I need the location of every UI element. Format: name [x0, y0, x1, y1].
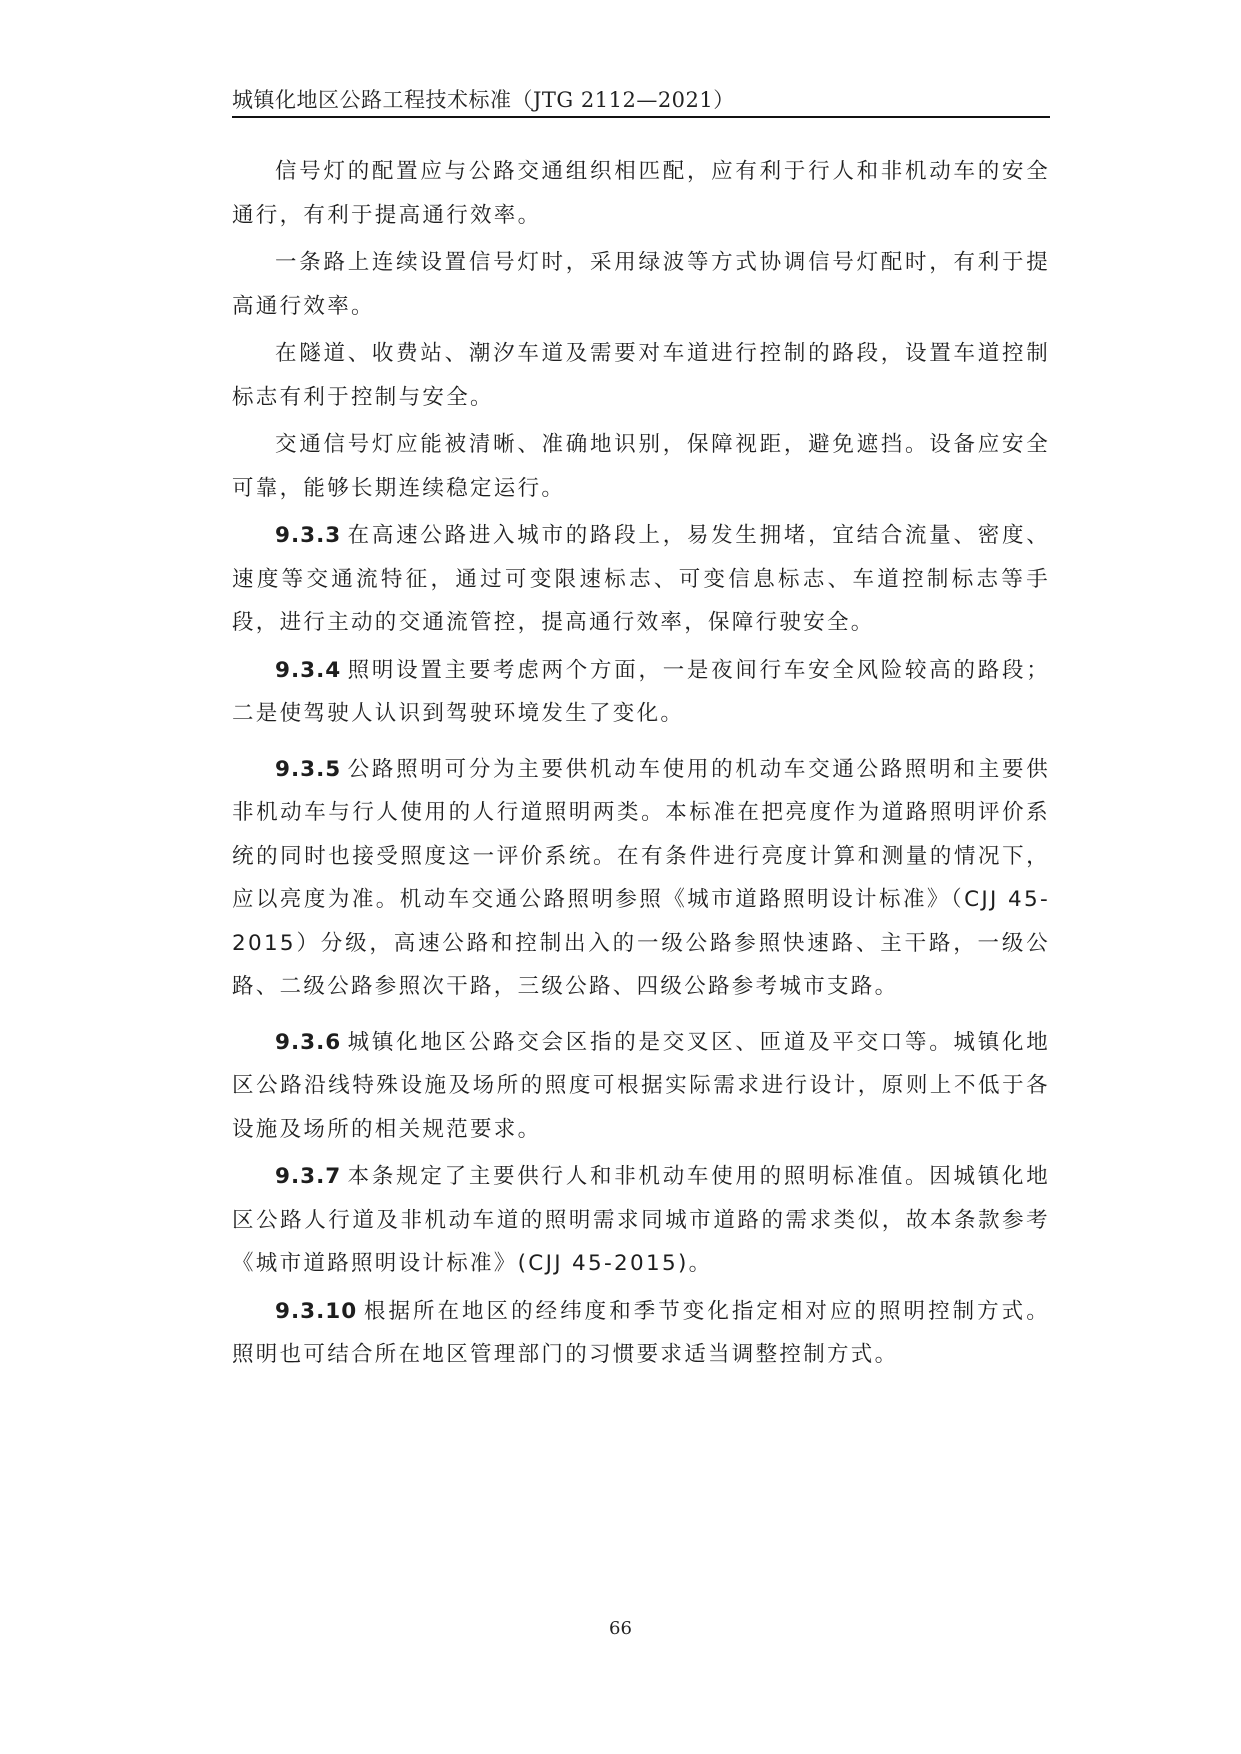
clause-number: 9.3.10	[275, 1299, 357, 1324]
clause-9-3-4: 9.3.4照明设置主要考虑两个方面，一是夜间行车安全风险较高的路段；二是使驾驶人…	[232, 649, 1050, 736]
header-divider	[232, 116, 1050, 118]
paragraph-text: 信号灯的配置应与公路交通组织相匹配，应有利于行人和非机动车的安全通行，有利于提高…	[232, 159, 1050, 228]
paragraph-text: 在隧道、收费站、潮汐车道及需要对车道进行控制的路段，设置车道控制标志有利于控制与…	[232, 341, 1050, 410]
clause-9-3-6: 9.3.6城镇化地区公路交会区指的是交叉区、匝道及平交口等。城镇化地区公路沿线特…	[232, 1021, 1050, 1152]
paragraph: 在隧道、收费站、潮汐车道及需要对车道进行控制的路段，设置车道控制标志有利于控制与…	[232, 332, 1050, 419]
document-body: 信号灯的配置应与公路交通组织相匹配，应有利于行人和非机动车的安全通行，有利于提高…	[232, 150, 1050, 1381]
clause-number: 9.3.3	[275, 523, 341, 548]
clause-9-3-10: 9.3.10根据所在地区的经纬度和季节变化指定相对应的照明控制方式。照明也可结合…	[232, 1290, 1050, 1377]
paragraph-text: 一条路上连续设置信号灯时，采用绿波等方式协调信号灯配时，有利于提高通行效率。	[232, 250, 1050, 319]
clause-9-3-5: 9.3.5公路照明可分为主要供机动车使用的机动车交通公路照明和主要供非机动车与行…	[232, 748, 1050, 1009]
paragraph-text: 公路照明可分为主要供机动车使用的机动车交通公路照明和主要供非机动车与行人使用的人…	[232, 757, 1050, 1000]
clause-number: 9.3.5	[275, 757, 341, 782]
paragraph-text: 本条规定了主要供行人和非机动车使用的照明标准值。因城镇化地区公路人行道及非机动车…	[232, 1164, 1050, 1276]
paragraph: 一条路上连续设置信号灯时，采用绿波等方式协调信号灯配时，有利于提高通行效率。	[232, 241, 1050, 328]
clause-9-3-7: 9.3.7本条规定了主要供行人和非机动车使用的照明标准值。因城镇化地区公路人行道…	[232, 1155, 1050, 1286]
clause-number: 9.3.6	[275, 1030, 341, 1055]
clause-number: 9.3.4	[275, 658, 341, 683]
paragraph-text: 在高速公路进入城市的路段上，易发生拥堵，宜结合流量、密度、速度等交通流特征，通过…	[232, 523, 1050, 635]
paragraph-text: 城镇化地区公路交会区指的是交叉区、匝道及平交口等。城镇化地区公路沿线特殊设施及场…	[232, 1030, 1050, 1142]
clause-number: 9.3.7	[275, 1164, 341, 1189]
paragraph: 交通信号灯应能被清晰、准确地识别，保障视距，避免遮挡。设备应安全可靠，能够长期连…	[232, 423, 1050, 510]
running-header-title: 城镇化地区公路工程技术标准（JTG 2112—2021）	[232, 84, 735, 114]
paragraph-text: 交通信号灯应能被清晰、准确地识别，保障视距，避免遮挡。设备应安全可靠，能够长期连…	[232, 432, 1050, 501]
paragraph: 信号灯的配置应与公路交通组织相匹配，应有利于行人和非机动车的安全通行，有利于提高…	[232, 150, 1050, 237]
paragraph-text: 照明设置主要考虑两个方面，一是夜间行车安全风险较高的路段；二是使驾驶人认识到驾驶…	[232, 658, 1050, 727]
page-number: 66	[0, 1618, 1241, 1639]
clause-9-3-3: 9.3.3在高速公路进入城市的路段上，易发生拥堵，宜结合流量、密度、速度等交通流…	[232, 514, 1050, 645]
